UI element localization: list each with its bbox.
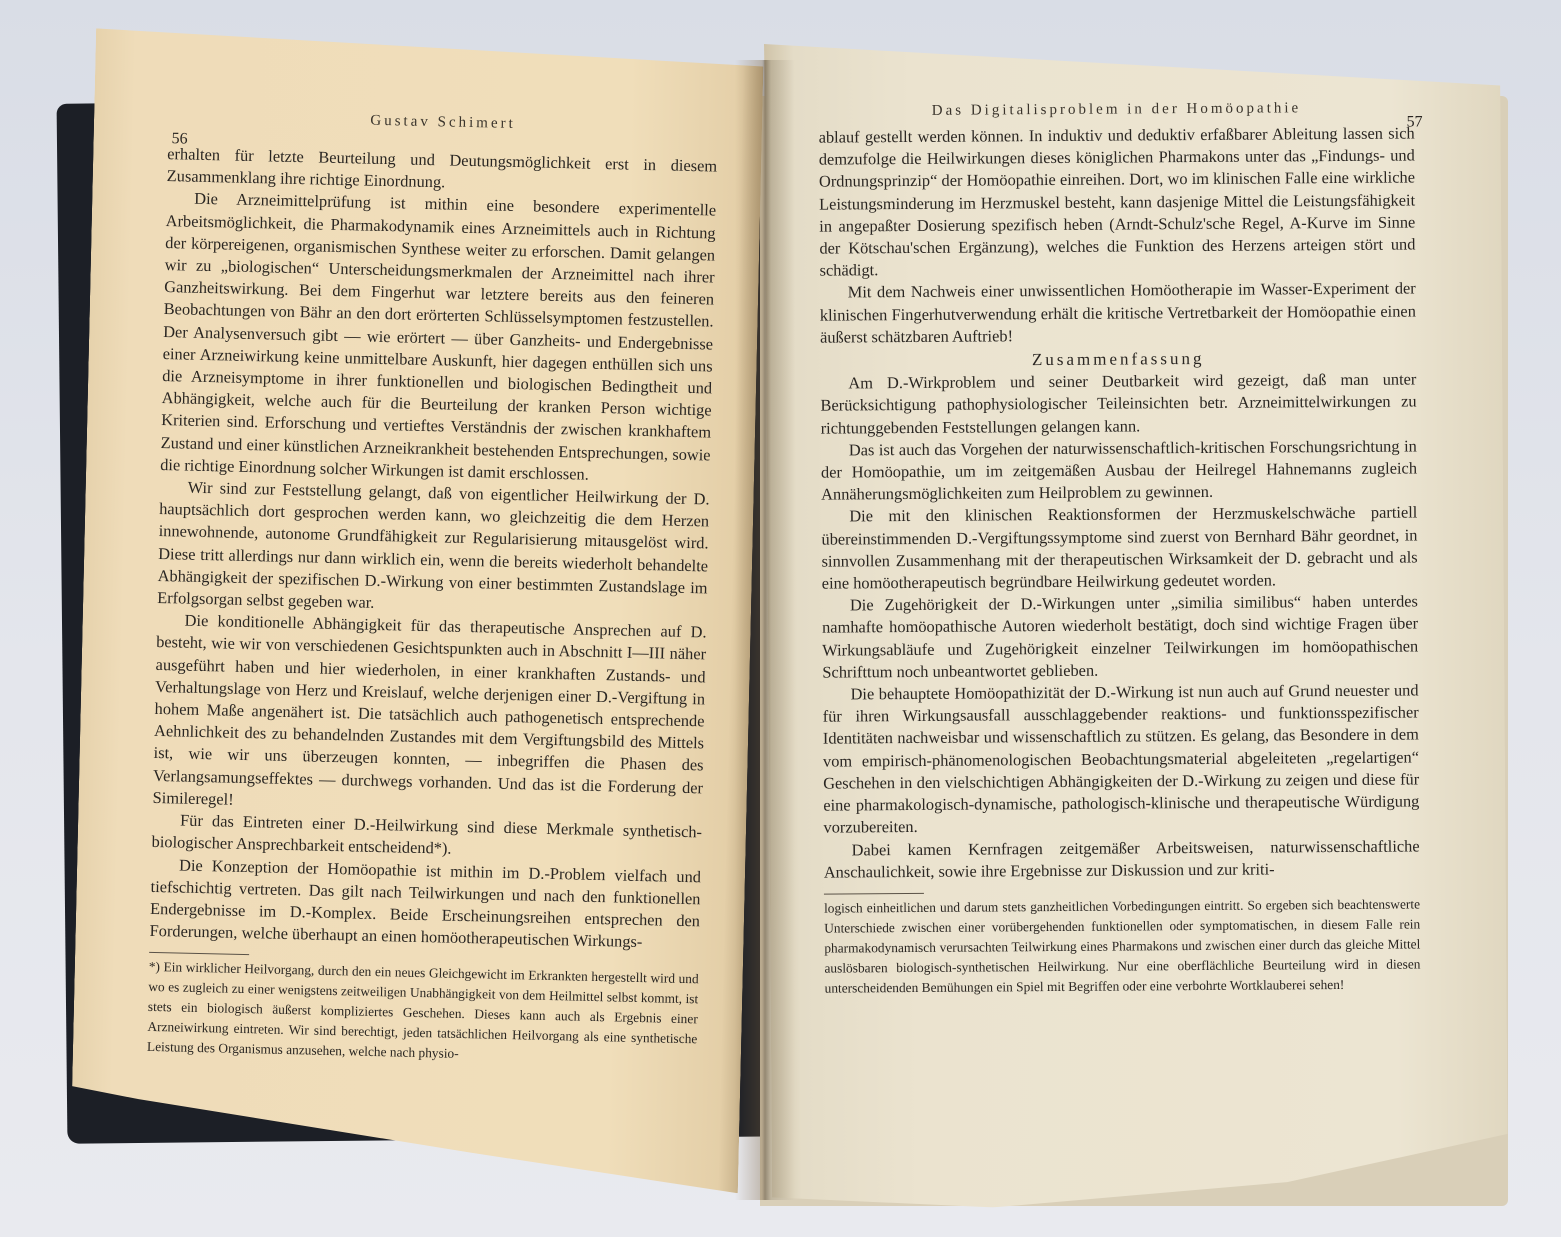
running-head-right: Das Digitalisproblem in der Homöopathie <box>818 99 1414 120</box>
right-page: Das Digitalisproblem in der Homöopathie … <box>764 39 1508 1209</box>
right-page-body: ablauf gestellt werden können. In indukt… <box>819 122 1420 883</box>
paragraph: Dabei kamen Kernfragen zeitgemäßer Arbei… <box>824 835 1420 884</box>
paragraph: Wir sind zur Feststellung gelangt, daß v… <box>157 476 710 622</box>
footnote-divider <box>149 952 249 955</box>
paragraph: Die mit den klinischen Reaktionsformen d… <box>821 502 1418 595</box>
paragraph: Mit dem Nachweis einer unwissentlichen H… <box>820 278 1416 349</box>
page-number-left: 56 <box>171 130 187 148</box>
paragraph: Die Zugehörigkeit der D.-Wirkungen unter… <box>822 591 1419 684</box>
paragraph: Die Konzeption der Homöopathie ist mithi… <box>149 853 701 954</box>
paragraph: Das ist auch das Vorgehen der naturwisse… <box>821 435 1417 506</box>
paragraph: Die konditionelle Abhängigkeit für das t… <box>152 609 706 821</box>
paragraph: ablauf gestellt werden können. In indukt… <box>819 122 1416 282</box>
left-page: Gustav Schimert 56 erhalten für letzte B… <box>70 28 764 1193</box>
left-page-body: erhalten für letzte Beurteilung und Deut… <box>149 143 717 955</box>
footnote-divider <box>824 893 924 895</box>
paragraph: Die Arzneimittelprüfung ist mithin eine … <box>160 187 716 488</box>
footnote-right: logisch einheitlichen und darum stets ga… <box>824 894 1421 998</box>
paragraph: Am D.-Wirkproblem und seiner Deutbarkeit… <box>820 369 1416 440</box>
page-number-right: 57 <box>1407 113 1423 131</box>
paragraph: Die behauptete Homöopathizität der D.-Wi… <box>822 680 1419 840</box>
footnote-left: *) Ein wirklicher Heilvorgang, durch den… <box>147 957 699 1069</box>
running-head-left: Gustav Schimert <box>168 108 718 137</box>
